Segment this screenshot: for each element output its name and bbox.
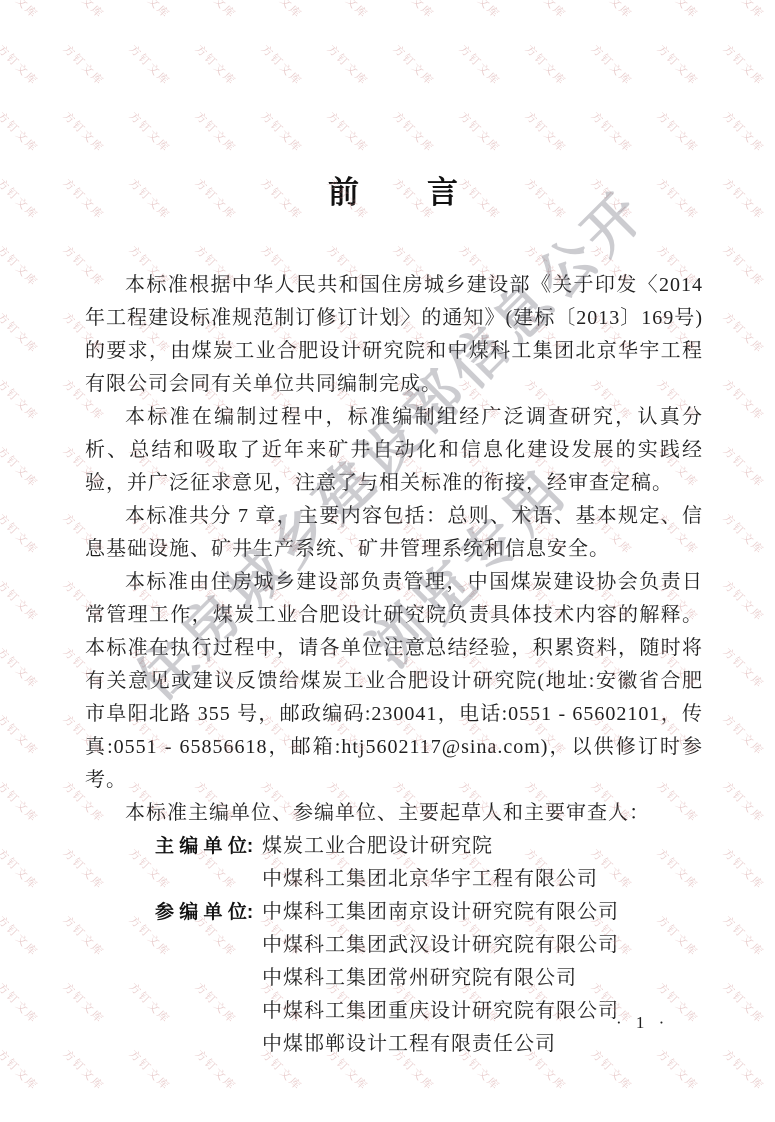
tile-watermark: 方钉文库 <box>720 644 768 692</box>
main-editor-unit: 煤炭工业合肥设计研究院 <box>262 830 703 863</box>
paragraph: 本标准由住房城乡建设部负责管理，中国煤炭建设协会负责日常管理工作，煤炭工业合肥设… <box>85 566 703 797</box>
paragraphs: 本标准根据中华人民共和国住房城乡建设部《关于印发〈2014年工程建设标准规范制订… <box>85 269 703 830</box>
tile-watermark: 方钉文库 <box>324 108 372 156</box>
paragraph: 本标准共分 7 章，主要内容包括：总则、术语、基本规定、信息基础设施、矿井生产系… <box>85 500 703 566</box>
tile-watermark: 方钉文库 <box>720 711 768 759</box>
tile-watermark: 方钉文库 <box>654 0 702 22</box>
tile-watermark: 方钉文库 <box>456 41 504 89</box>
tile-watermark: 方钉文库 <box>588 41 636 89</box>
tile-watermark: 方钉文库 <box>192 108 240 156</box>
tile-watermark: 方钉文库 <box>126 108 174 156</box>
participating-editor-unit: 中煤科工集团武汉设计研究院有限公司 <box>262 929 703 962</box>
paragraph: 本标准主编单位、参编单位、主要起草人和主要审查人： <box>85 797 703 830</box>
tile-watermark: 方钉文库 <box>0 309 42 357</box>
tile-watermark: 方钉文库 <box>720 510 768 558</box>
page-number: · 1 · <box>616 1013 669 1033</box>
tile-watermark: 方钉文库 <box>522 41 570 89</box>
tile-watermark: 方钉文库 <box>522 108 570 156</box>
participating-editor-label: 参 编 单 位: <box>155 896 262 929</box>
paragraph: 本标准在编制过程中，标准编制组经广泛调查研究，认真分析、总结和吸取了近年来矿井自… <box>85 401 703 500</box>
tile-watermark: 方钉文库 <box>0 644 42 692</box>
main-editor-row: 主 编 单 位: 煤炭工业合肥设计研究院中煤科工集团北京华宇工程有限公司 <box>85 830 703 896</box>
tile-watermark: 方钉文库 <box>720 912 768 960</box>
tile-watermark: 方钉文库 <box>588 108 636 156</box>
tile-watermark: 方钉文库 <box>258 108 306 156</box>
tile-watermark: 方钉文库 <box>0 376 42 424</box>
editor-units: 主 编 单 位: 煤炭工业合肥设计研究院中煤科工集团北京华宇工程有限公司 参 编… <box>85 830 703 1061</box>
tile-watermark: 方钉文库 <box>0 845 42 893</box>
tile-watermark: 方钉文库 <box>390 0 438 22</box>
participating-editor-unit: 中煤科工集团常州研究院有限公司 <box>262 962 703 995</box>
tile-watermark: 方钉文库 <box>0 0 42 22</box>
tile-watermark: 方钉文库 <box>456 108 504 156</box>
tile-watermark: 方钉文库 <box>720 41 768 89</box>
tile-watermark: 方钉文库 <box>720 108 768 156</box>
tile-watermark: 方钉文库 <box>654 41 702 89</box>
tile-watermark: 方钉文库 <box>720 175 768 223</box>
tile-watermark: 方钉文库 <box>720 979 768 1027</box>
tile-watermark: 方钉文库 <box>0 979 42 1027</box>
tile-watermark: 方钉文库 <box>720 242 768 290</box>
page-title: 前 言 <box>85 176 703 210</box>
tile-watermark: 方钉文库 <box>654 108 702 156</box>
tile-watermark: 方钉文库 <box>720 0 768 22</box>
tile-watermark: 方钉文库 <box>0 108 42 156</box>
tile-watermark: 方钉文库 <box>0 912 42 960</box>
tile-watermark: 方钉文库 <box>324 0 372 22</box>
tile-watermark: 方钉文库 <box>0 577 42 625</box>
participating-editor-unit: 中煤科工集团南京设计研究院有限公司 <box>262 896 703 929</box>
paragraph: 本标准根据中华人民共和国住房城乡建设部《关于印发〈2014年工程建设标准规范制订… <box>85 269 703 401</box>
tile-watermark: 方钉文库 <box>192 0 240 22</box>
tile-watermark: 方钉文库 <box>60 0 108 22</box>
page-content: 前 言 本标准根据中华人民共和国住房城乡建设部《关于印发〈2014年工程建设标准… <box>85 176 703 1061</box>
tile-watermark: 方钉文库 <box>0 443 42 491</box>
tile-watermark: 方钉文库 <box>324 41 372 89</box>
tile-watermark: 方钉文库 <box>720 443 768 491</box>
tile-watermark: 方钉文库 <box>720 309 768 357</box>
tile-watermark: 方钉文库 <box>588 0 636 22</box>
tile-watermark: 方钉文库 <box>60 108 108 156</box>
tile-watermark: 方钉文库 <box>0 711 42 759</box>
tile-watermark: 方钉文库 <box>0 41 42 89</box>
tile-watermark: 方钉文库 <box>60 41 108 89</box>
tile-watermark: 方钉文库 <box>720 376 768 424</box>
tile-watermark: 方钉文库 <box>258 41 306 89</box>
tile-watermark: 方钉文库 <box>126 41 174 89</box>
main-editor-values: 煤炭工业合肥设计研究院中煤科工集团北京华宇工程有限公司 <box>262 830 703 896</box>
participating-editor-row: 参 编 单 位: 中煤科工集团南京设计研究院有限公司中煤科工集团武汉设计研究院有… <box>85 896 703 1061</box>
tile-watermark: 方钉文库 <box>0 778 42 826</box>
main-editor-label: 主 编 单 位: <box>155 830 262 863</box>
participating-editor-values: 中煤科工集团南京设计研究院有限公司中煤科工集团武汉设计研究院有限公司中煤科工集团… <box>262 896 703 1061</box>
main-editor-unit: 中煤科工集团北京华宇工程有限公司 <box>262 863 703 896</box>
tile-watermark: 方钉文库 <box>258 0 306 22</box>
tile-watermark: 方钉文库 <box>126 0 174 22</box>
tile-watermark: 方钉文库 <box>720 778 768 826</box>
tile-watermark: 方钉文库 <box>720 577 768 625</box>
tile-watermark: 方钉文库 <box>390 41 438 89</box>
document-page: 前 言 本标准根据中华人民共和国住房城乡建设部《关于印发〈2014年工程建设标准… <box>0 0 775 1122</box>
tile-watermark: 方钉文库 <box>720 1046 768 1094</box>
tile-watermark: 方钉文库 <box>0 1046 42 1094</box>
tile-watermark: 方钉文库 <box>720 845 768 893</box>
tile-watermark: 方钉文库 <box>0 175 42 223</box>
tile-watermark: 方钉文库 <box>192 41 240 89</box>
tile-watermark: 方钉文库 <box>456 0 504 22</box>
tile-watermark: 方钉文库 <box>0 510 42 558</box>
tile-watermark: 方钉文库 <box>0 242 42 290</box>
tile-watermark: 方钉文库 <box>390 108 438 156</box>
tile-watermark: 方钉文库 <box>522 0 570 22</box>
